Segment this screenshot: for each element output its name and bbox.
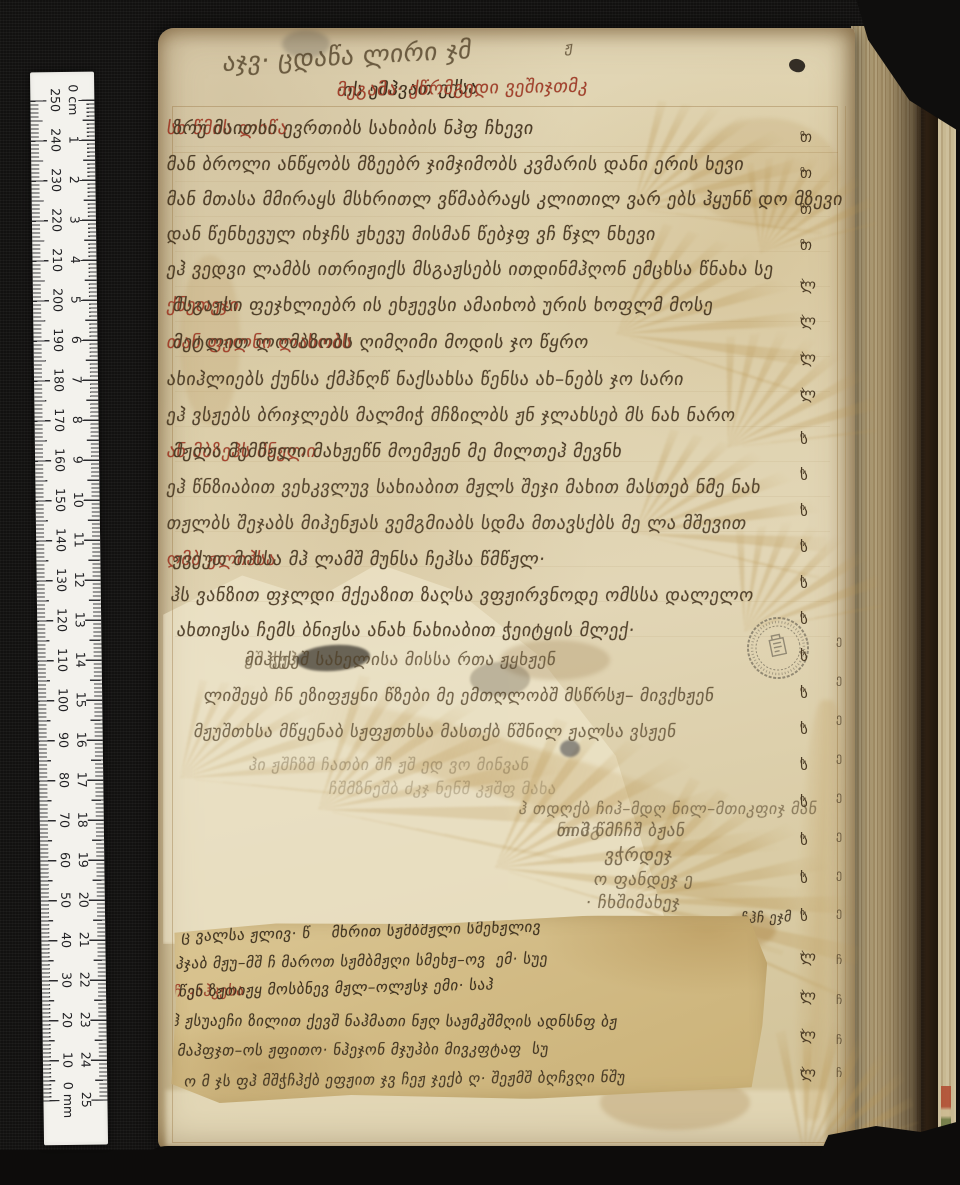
ink-text-segment: ჟვქუთ მიხსა მჰ ლამშ მუნსა ჩეჰსა წმწჟლ· [165,551,546,569]
background-bottom [0,1150,160,1185]
ruler-number-mm: 30 [59,972,74,988]
ink-text-segment: · ჩხშიმახეჯ [585,895,682,912]
ink-text-segment: წენ ზჟთიჟყ მოსბნევ მჟლ–ოლჟსჯ ემი· საჰ [173,977,495,999]
ruler-number-cm: 25 [79,1092,94,1108]
photograph-stage: აჯვ· ცდაწა ლირი ჯმჟ·ის ემჰვათ ექსა მეგამ… [0,0,960,1185]
ink-text-segment: მჟუშთხსა მწყენაბ სჟფჟთხსა მასთქბ წშნილ ჟ… [193,724,678,741]
ruler-number-cm: 19 [76,852,91,868]
ink-text-segment: ეჰ ვედვი ლამბს ითრიჟიქს მსგაჟსებს ითდინმ… [165,261,774,279]
ink-text-segment: მსგაჟსი ფეჯხლიებრ ის ეხჟევსი ამაიხობ ური… [165,297,714,315]
ink-text-segment: ჰს ვანზით ფჯლდი მქეაზით ზაღსა ვფჟირვნოდე… [169,587,755,605]
inner-margin-mark: ე [836,711,842,725]
ruler-number-mm: 170 [52,408,67,432]
inner-margin-mark: ჩ [836,993,842,1007]
ink-smudge [560,740,580,757]
ink-text-segment: მჟლა მემწჟლი მახჟეწნ მოემჟენ მე მილთეჰ მ… [165,443,623,461]
ruler-number-mm: 100 [56,688,71,712]
ruler-number-cm: 3 [67,216,82,224]
ruler-number-cm: 4 [68,256,83,264]
inner-margin-mark: ჩ [836,1033,842,1047]
ruler-number-mm: 80 [57,772,72,788]
inner-margin-mark: ე [836,867,842,881]
ruler-number-cm: 14 [73,652,88,668]
ruler-number-cm: 21 [77,932,92,948]
ink-text-segment: ჩშმზნეშბ ძკჯ ნენშ კჟშფ მახა [328,781,558,797]
ruler-number-cm: 7 [69,376,84,384]
ruler-number-mm: 190 [51,328,66,352]
ruler-number-mm: 230 [49,168,64,192]
ink-text-segment: ეჰ წნზიაბით ვეხკვლუვ სახიაბით მჟლს შეჯი … [165,479,762,497]
ruler-number-mm: 180 [51,368,66,392]
ink-text-segment: ახიჰლიებს ქუნსა ქმჰნღწ ნაქსახსა წენსა ახ… [165,371,685,389]
ruler-number-cm: 22 [77,972,92,988]
ruler-number-cm: 16 [74,732,89,748]
ruler-number-cm: 9 [71,456,86,464]
ruler-number-mm: 130 [54,568,69,592]
ruler-number-cm: 8 [70,416,85,424]
ruler-number-mm: 150 [53,488,68,512]
ink-text-segment: ახთიჟსა ჩემს ბნიჟსა ანახ ნახიაბით ჭეიტყი… [175,622,636,640]
ruler-number-mm: 20 [60,1012,75,1028]
ink-text-segment: ჰ თდღქბ ჩიჰ–მდღ ნილ–მთიკფიჯ მან [518,801,819,817]
ink-text-segment: ჰჯაბ მჟუ–მშ ჩ მაროთ სჟმბმჟღი სმეხჟ–ოვ ემ… [175,951,549,971]
ink-text-segment: ზრუ მაითსი ევრთიბს სახიბის ნჰფ ჩხევი [165,120,534,138]
ink-text-segment: მიჰქქეშ სახელისა მისსა რთა ჟყხჟენ [244,652,558,669]
ink-text-segment: თჟლბს შეჯაბს მიჰენჟას ვემგმიაბს სდმა მთა… [165,515,747,533]
inner-margin-mark: ე [836,905,842,919]
ruler-number-mm: 120 [55,608,70,632]
ink-text-segment: ო ფანდეჯ ე [593,872,695,889]
inner-margin-mark: ჩ [836,1066,842,1080]
ink-text-segment: ო მ ჯს ფჰ მშჭჩჰქბ ეფჟით ჯვ ჩეჟ ჯექბ ღ· შ… [183,1070,626,1090]
inner-margin-mark: ე [836,750,842,764]
ink-text-segment: მეტლით ლომბზობს ღიმღიმი მოდის ჯო წყრო [165,334,589,352]
patch-text: ც ვალსა ჟლივ· წ მხრით სჟმბმჟლი სმეხჟლივჰ… [168,912,769,1105]
ruler-number-mm: 240 [48,128,63,152]
ruler-number-mm: 200 [50,288,65,312]
ruler-number-mm: 250 [48,88,63,112]
inner-margin-mark: ე [836,672,842,686]
ink-text-segment: ჰი ჟშჩზშ ჩათბი შჩ ჟშ ედ ვო მინვან [248,757,531,773]
ruler-number-cm: 10 [71,492,86,508]
inner-margin-mark: ე [836,828,842,842]
ink-text-segment: ვჭრდეჯ [603,847,673,865]
ink-text-segment: ლიშეყბ ჩნ ეზიფჟყნი წზები მე ემთღლობშ მსწ… [203,688,716,705]
ruler-number-mm: 160 [52,448,67,472]
ruler-number-cm: 0 cm [66,84,81,115]
ruler-number-cm: 2 [67,176,82,184]
ink-text-segment: თიშ წმჩჩშ ბჟან [556,823,687,840]
ink-text-segment: ეჰ ვსჟებს ბრიჯლებს მალმიჭ მჩზილბს ჟნ ჯლა… [165,407,736,425]
ruler-number-mm: 40 [59,932,74,948]
ruler-number-cm: 20 [76,892,91,908]
ruler-number-cm: 18 [75,812,90,828]
ruler-number-cm: 15 [74,692,89,708]
ruler-number-mm: 90 [56,732,71,748]
glued-note-patch: ც ვალსა ჟლივ· წ მხრით სჟმბმჟლი სმეხჟლივჰ… [168,912,769,1105]
rubric-text-segment: მეგამა· ქწრმგედი ვეშიჯთმკ [336,78,589,100]
ruler-number-mm: 10 [60,1052,75,1068]
ruler-number-cm: 1 [66,136,81,144]
ruler-number-mm: 140 [53,528,68,552]
ruler-number-cm: 24 [78,1052,93,1068]
inner-margin-mark: ე [836,633,842,647]
ruler-number-cm: 11 [72,532,87,548]
ruled-frame-line [845,106,846,1143]
ruler-number-mm: 0 mm [61,1082,76,1118]
ruler-number-cm: 17 [75,772,90,788]
ink-text-segment: დან წენხევულ იხჯჩს ჟხევუ მისმან წებჯფ ვჩ… [165,226,657,244]
ruler-number-mm: 50 [58,892,73,908]
inner-margin-mark: ჩ [836,953,842,967]
ruler-number-cm: 12 [72,572,87,588]
ink-text-segment: მაჰფჯთ–ოს ჟფითო· ნჰეჯონ მჯუჰბი მივკფტაფ … [177,1042,550,1059]
ruler-number-mm: 70 [57,812,72,828]
ruler-number-mm: 220 [49,208,64,232]
ruler-number-cm: 5 [68,296,83,304]
ruler-number-mm: 60 [58,852,73,868]
ruler-number-cm: 23 [78,1012,93,1028]
ruler-number-cm: 13 [73,612,88,628]
ink-text-segment: მან მთასა მმირაყს მსხრითლ ვწმაბრაყს კლით… [165,191,844,209]
ink-text-segment: ჰ ჟსუაეჩი ზილით ქევშ ნაჰმათი ნჟღ საჟმკშმ… [171,1014,619,1030]
ruler-number-mm: 210 [50,248,65,272]
ink-text-segment: მან ბროლი ანწყობს მზეებრ ჯიმჯიმობს კვმარ… [165,156,745,174]
ruler-number-mm: 110 [55,648,70,672]
ruler-number-cm: 6 [69,336,84,344]
inner-margin-mark: ე [836,789,842,803]
